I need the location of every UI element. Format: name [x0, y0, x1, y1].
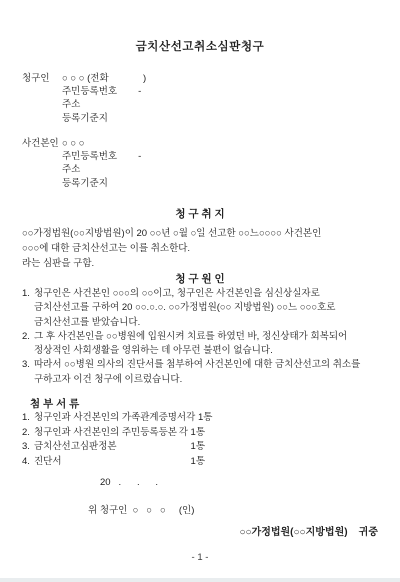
page-bottom-edge — [0, 578, 400, 582]
reason-number: 3. — [22, 358, 34, 387]
petitioner-resident-id: 주민등록번호 - — [22, 85, 146, 98]
reason-text: 청구인은 사건본인 ○○○의 ○○이고, 청구인은 사건본인을 심신상실자로 금… — [34, 287, 335, 330]
subject-address: 주소 — [22, 163, 141, 176]
reason-item: 1. 청구인은 사건본인 ○○○의 ○○이고, 청구인은 사건본인을 심신상실자… — [22, 287, 360, 330]
subject-block: 사건본인○ ○ ○ 주민등록번호 - 주소 등록기준지 — [22, 137, 141, 190]
attachment-item: 1. 청구인과 사건본인의 가족관계증명서 각 1통 — [22, 411, 205, 426]
attachment-item: 4. 진단서 1통 — [22, 455, 205, 470]
petitioner-name: ○ ○ ○ (전화 ) — [62, 73, 146, 84]
petitioner-address: 주소 — [22, 98, 146, 111]
court-recipient: ○○가정법원(○○지방법원) 귀중 — [239, 523, 378, 538]
subject-name: ○ ○ ○ — [62, 138, 85, 149]
reason-text: 따라서 ○○병원 의사의 진단서를 첨부하여 사건본인에 대한 금치산선고의 취… — [34, 358, 360, 387]
claim-line: 라는 심판을 구함. — [22, 256, 386, 271]
attachment-name: 청구인과 사건본인의 주민등록등본 — [34, 426, 179, 441]
reason-item: 2. 그 후 사건본인을 ○○병원에 입원시켜 치료를 하였던 바, 정신상태가… — [22, 330, 360, 359]
reasons-list: 1. 청구인은 사건본인 ○○○의 ○○이고, 청구인은 사건본인을 심신상실자… — [22, 287, 360, 387]
petitioner-row: 청구인○ ○ ○ (전화 ) — [22, 72, 146, 85]
subject-row: 사건본인○ ○ ○ — [22, 137, 141, 150]
reason-text: 그 후 사건본인을 ○○병원에 입원시켜 치료를 하였던 바, 정신상태가 회복… — [34, 330, 347, 359]
attachment-count: 1통 — [191, 455, 205, 470]
attachment-item: 3. 금치산선고심판정본 1통 — [22, 440, 205, 455]
page-number: - 1 - — [0, 552, 400, 563]
petitioner-block: 청구인○ ○ ○ (전화 ) 주민등록번호 - 주소 등록기준지 — [22, 72, 146, 125]
reasons-heading: 청 구 원 인 — [0, 271, 400, 286]
attachment-number: 4. — [22, 455, 34, 470]
attachment-number: 2. — [22, 426, 34, 441]
signer-line: 위 청구인 ○ ○ ○ (인) — [88, 502, 194, 516]
attachment-name: 진단서 — [34, 455, 191, 470]
date-line: 20 . . . — [100, 477, 158, 488]
subject-resident-id: 주민등록번호 - — [22, 150, 141, 163]
attachment-count: 1통 — [191, 440, 205, 455]
reason-item: 3. 따라서 ○○병원 의사의 진단서를 첨부하여 사건본인에 대한 금치산선고… — [22, 358, 360, 387]
attachment-name: 금치산선고심판정본 — [34, 440, 191, 455]
petitioner-label: 청구인 — [22, 72, 62, 85]
claim-body: ○○가정법원(○○지방법원)이 20 ○○년 ○월 ○일 선고한 ○○느○○○○… — [22, 226, 386, 271]
attachment-name: 청구인과 사건본인의 가족관계증명서 — [34, 411, 186, 426]
attachments-list: 1. 청구인과 사건본인의 가족관계증명서 각 1통 2. 청구인과 사건본인의… — [22, 411, 205, 469]
claim-heading: 청 구 취 지 — [0, 206, 400, 221]
attachment-item: 2. 청구인과 사건본인의 주민등록등본 각 1통 — [22, 426, 205, 441]
reason-number: 2. — [22, 330, 34, 359]
attachment-number: 3. — [22, 440, 34, 455]
document-page: 금치산선고취소심판청구 청구인○ ○ ○ (전화 ) 주민등록번호 - 주소 등… — [0, 0, 400, 582]
attachment-number: 1. — [22, 411, 34, 426]
subject-registry-base: 등록기준지 — [22, 177, 141, 190]
petitioner-registry-base: 등록기준지 — [22, 112, 146, 125]
subject-label: 사건본인 — [22, 137, 62, 150]
attachments-heading: 첨 부 서 류 — [30, 396, 79, 411]
claim-line: ○○가정법원(○○지방법원)이 20 ○○년 ○월 ○일 선고한 ○○느○○○○… — [22, 226, 386, 241]
reason-number: 1. — [22, 287, 34, 330]
attachment-count: 각 1통 — [186, 411, 212, 426]
document-title: 금치산선고취소심판청구 — [0, 38, 400, 54]
attachment-count: 각 1통 — [179, 426, 205, 441]
claim-line: ○○○에 대한 금치산선고는 이를 취소한다. — [22, 241, 386, 256]
